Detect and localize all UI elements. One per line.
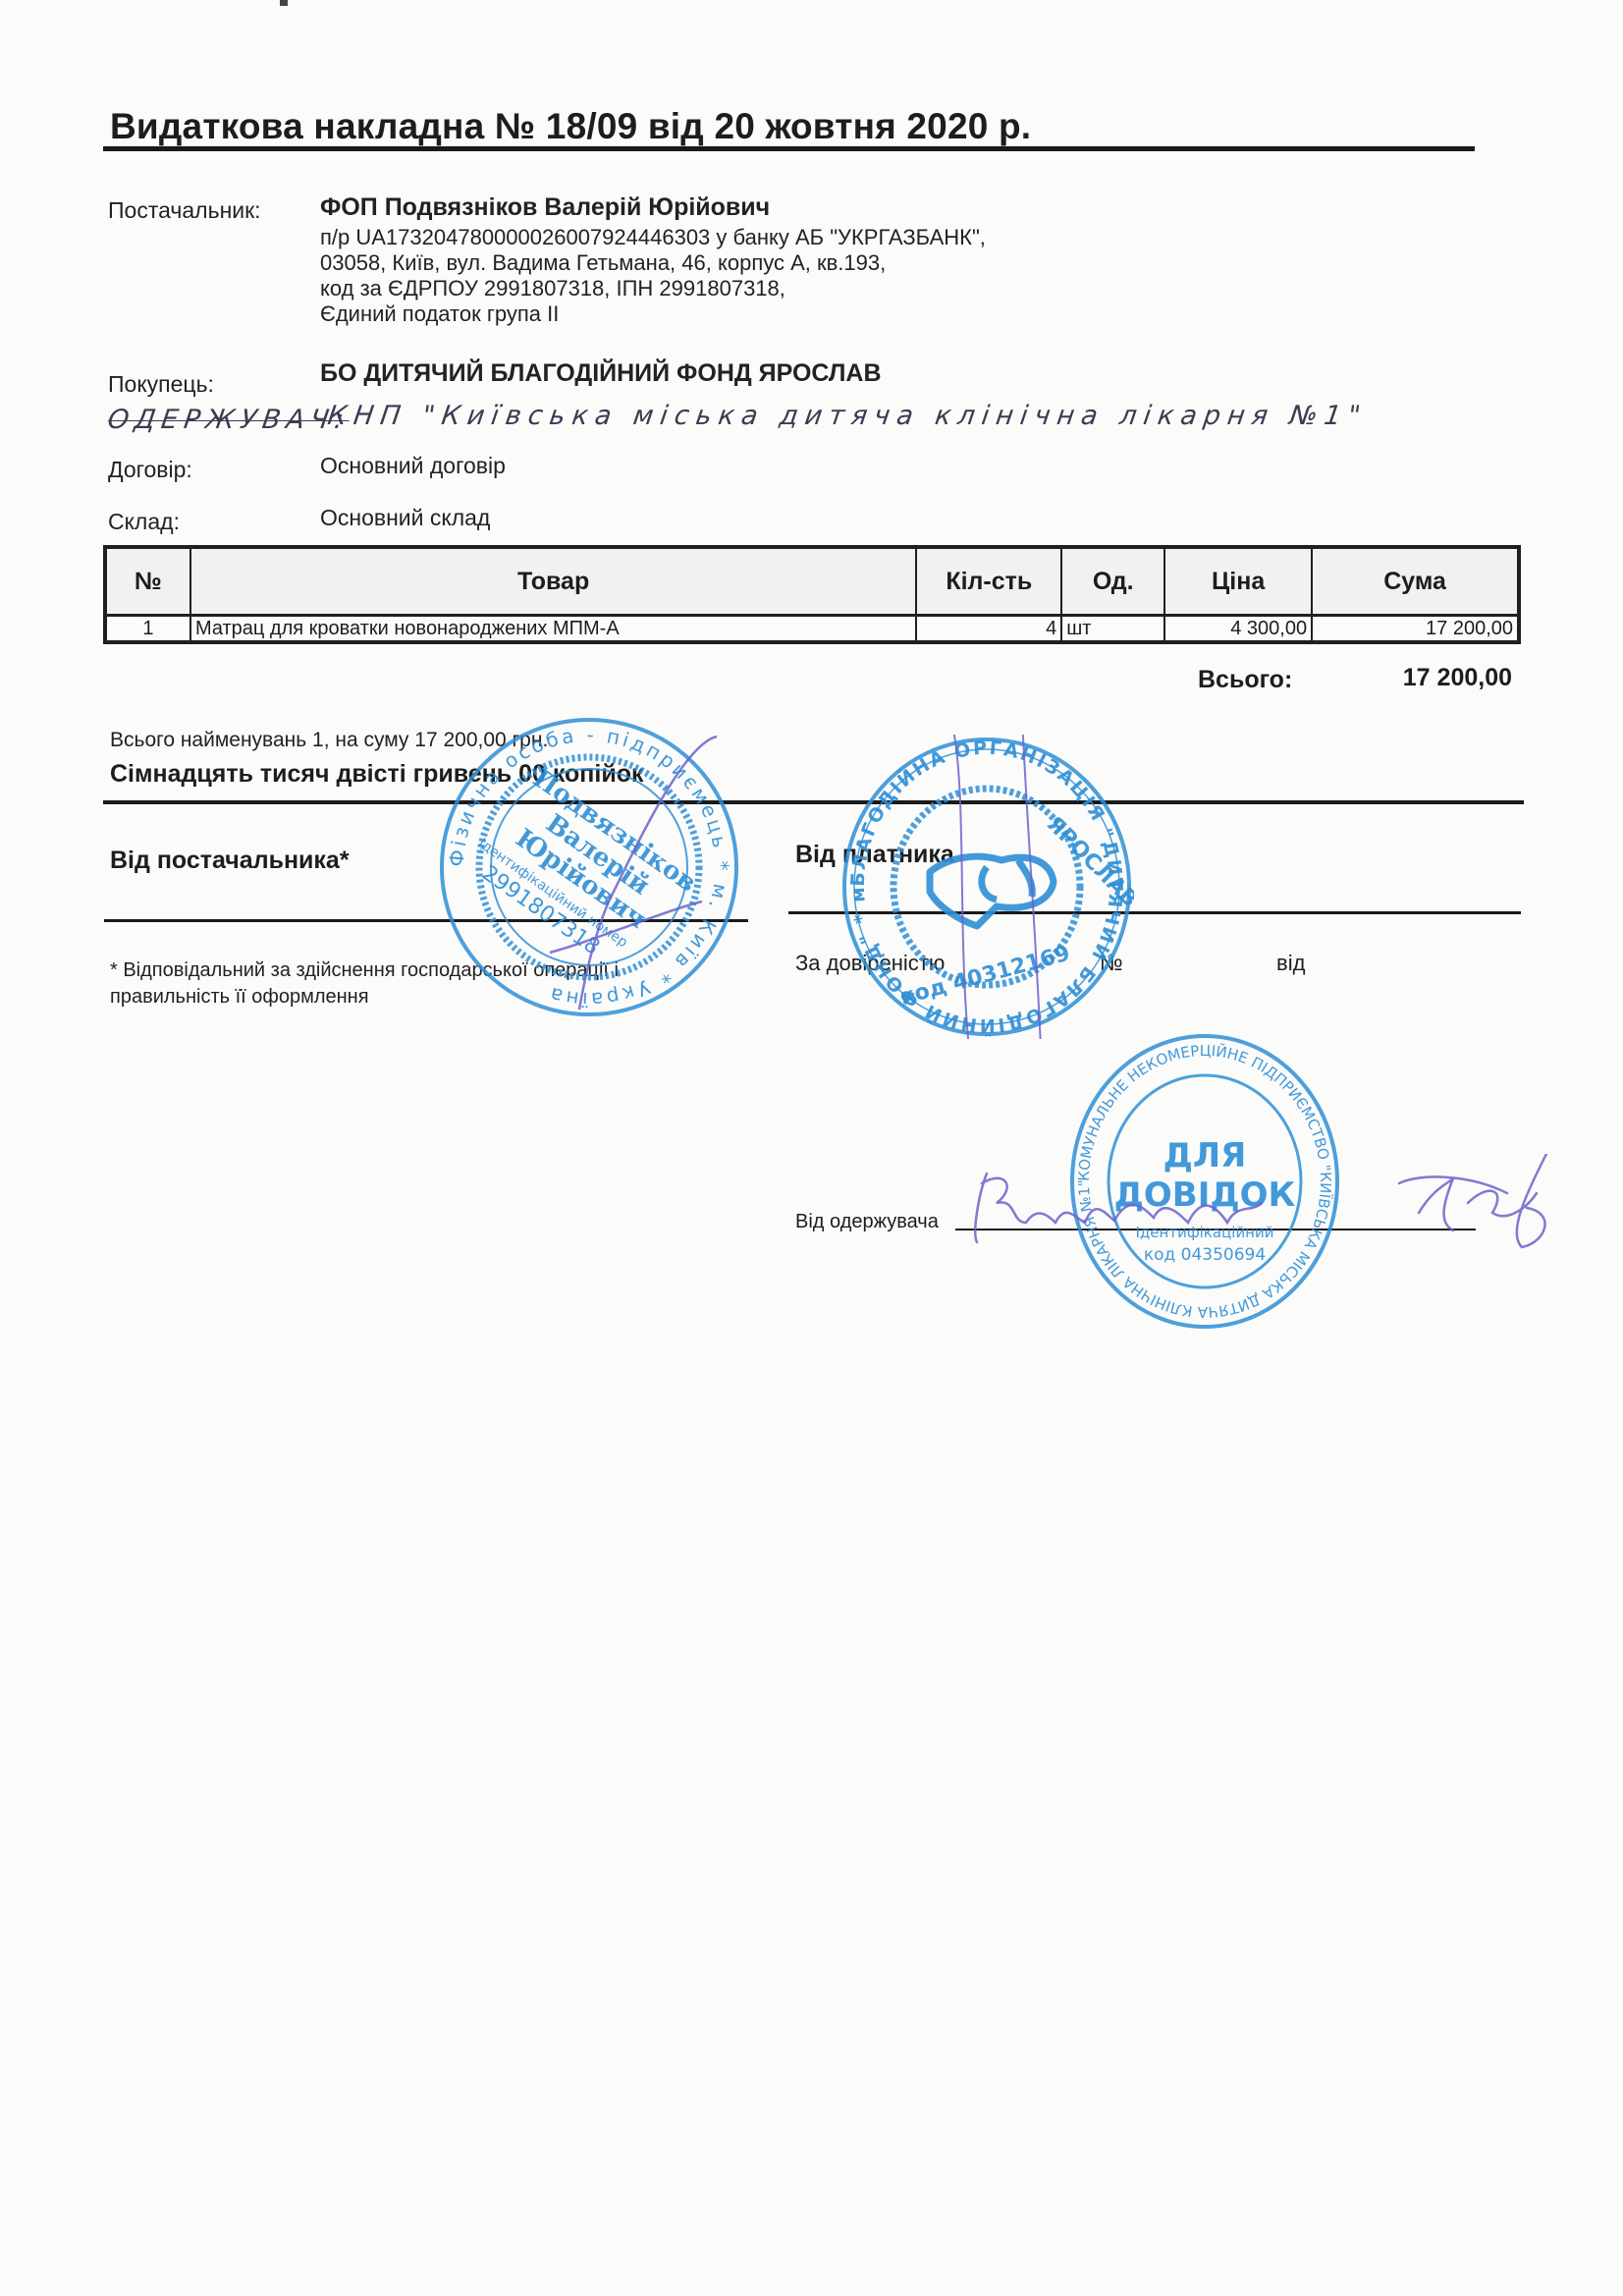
contract-value: Основний договір xyxy=(320,453,506,479)
buyer-label: Покупець: xyxy=(108,371,214,398)
col-header-quantity: Кіл-сть xyxy=(916,547,1061,616)
cell-sum: 17 200,00 xyxy=(1312,616,1519,643)
recipient-handwritten-value: КНП "Київська міська дитяча клінічна лік… xyxy=(326,401,1370,431)
total-label: Всього: xyxy=(1198,666,1292,694)
supplier-address: 03058, Київ, вул. Вадима Гетьмана, 46, к… xyxy=(320,250,986,276)
cell-price: 4 300,00 xyxy=(1164,616,1312,643)
col-header-unit: Од. xyxy=(1061,547,1164,616)
supplier-bank-account: п/р UA173204780000026007924446303 у банк… xyxy=(320,225,986,250)
amount-divider xyxy=(103,800,1524,804)
table-header-row: № Товар Кіл-сть Од. Ціна Сума xyxy=(105,547,1519,616)
recipient-signature-ink xyxy=(957,1154,1586,1257)
warehouse-value: Основний склад xyxy=(320,505,490,531)
cell-unit: шт xyxy=(1061,616,1164,643)
col-header-price: Ціна xyxy=(1164,547,1312,616)
supplier-details: п/р UA173204780000026007924446303 у банк… xyxy=(320,225,986,327)
from-recipient-label: Від одержувача xyxy=(795,1211,939,1233)
cell-product: Матрац для кроватки новонароджених МПМ-А xyxy=(190,616,916,643)
recipient-handwritten-label: ОДЕРЖУВАЧ: xyxy=(106,405,352,435)
payer-stamp: БЛАГОДІЙНА ОРГАНІЗАЦІЯ "ДИТЯЧИЙ БЛАГОДІЙ… xyxy=(839,735,1134,1039)
from-supplier-label: Від постачальника* xyxy=(110,847,350,875)
scan-mark xyxy=(280,0,288,6)
supplier-tax-group: Єдиний податок група II xyxy=(320,301,986,327)
col-header-product: Товар xyxy=(190,547,916,616)
title-divider xyxy=(103,146,1475,151)
warehouse-label: Склад: xyxy=(108,509,180,535)
table-row: 1 Матрац для кроватки новонароджених МПМ… xyxy=(105,616,1519,643)
supplier-codes: код за ЄДРПОУ 2991807318, ІПН 2991807318… xyxy=(320,276,986,301)
supplier-label: Постачальник: xyxy=(108,197,261,224)
buyer-name: БО ДИТЯЧИЙ БЛАГОДІЙНИЙ ФОНД ЯРОСЛАВ xyxy=(320,359,882,388)
contract-label: Договір: xyxy=(108,457,192,483)
cell-quantity: 4 xyxy=(916,616,1061,643)
col-header-sum: Сума xyxy=(1312,547,1519,616)
document-title: Видаткова накладна № 18/09 від 20 жовтня… xyxy=(110,106,1031,147)
power-of-attorney-date-label: від xyxy=(1276,951,1305,976)
payer-signature-ink xyxy=(952,735,1041,1039)
hands-with-child-icon xyxy=(930,856,1054,926)
goods-table: № Товар Кіл-сть Од. Ціна Сума 1 Матрац д… xyxy=(103,545,1521,644)
total-value: 17 200,00 xyxy=(1375,664,1512,692)
col-header-number: № xyxy=(105,547,190,616)
cell-number: 1 xyxy=(105,616,190,643)
supplier-name: ФОП Подвязніков Валерій Юрійович xyxy=(320,193,770,222)
supplier-stamp: Фізична особа - підприємець * м. Київ * … xyxy=(437,715,741,1019)
